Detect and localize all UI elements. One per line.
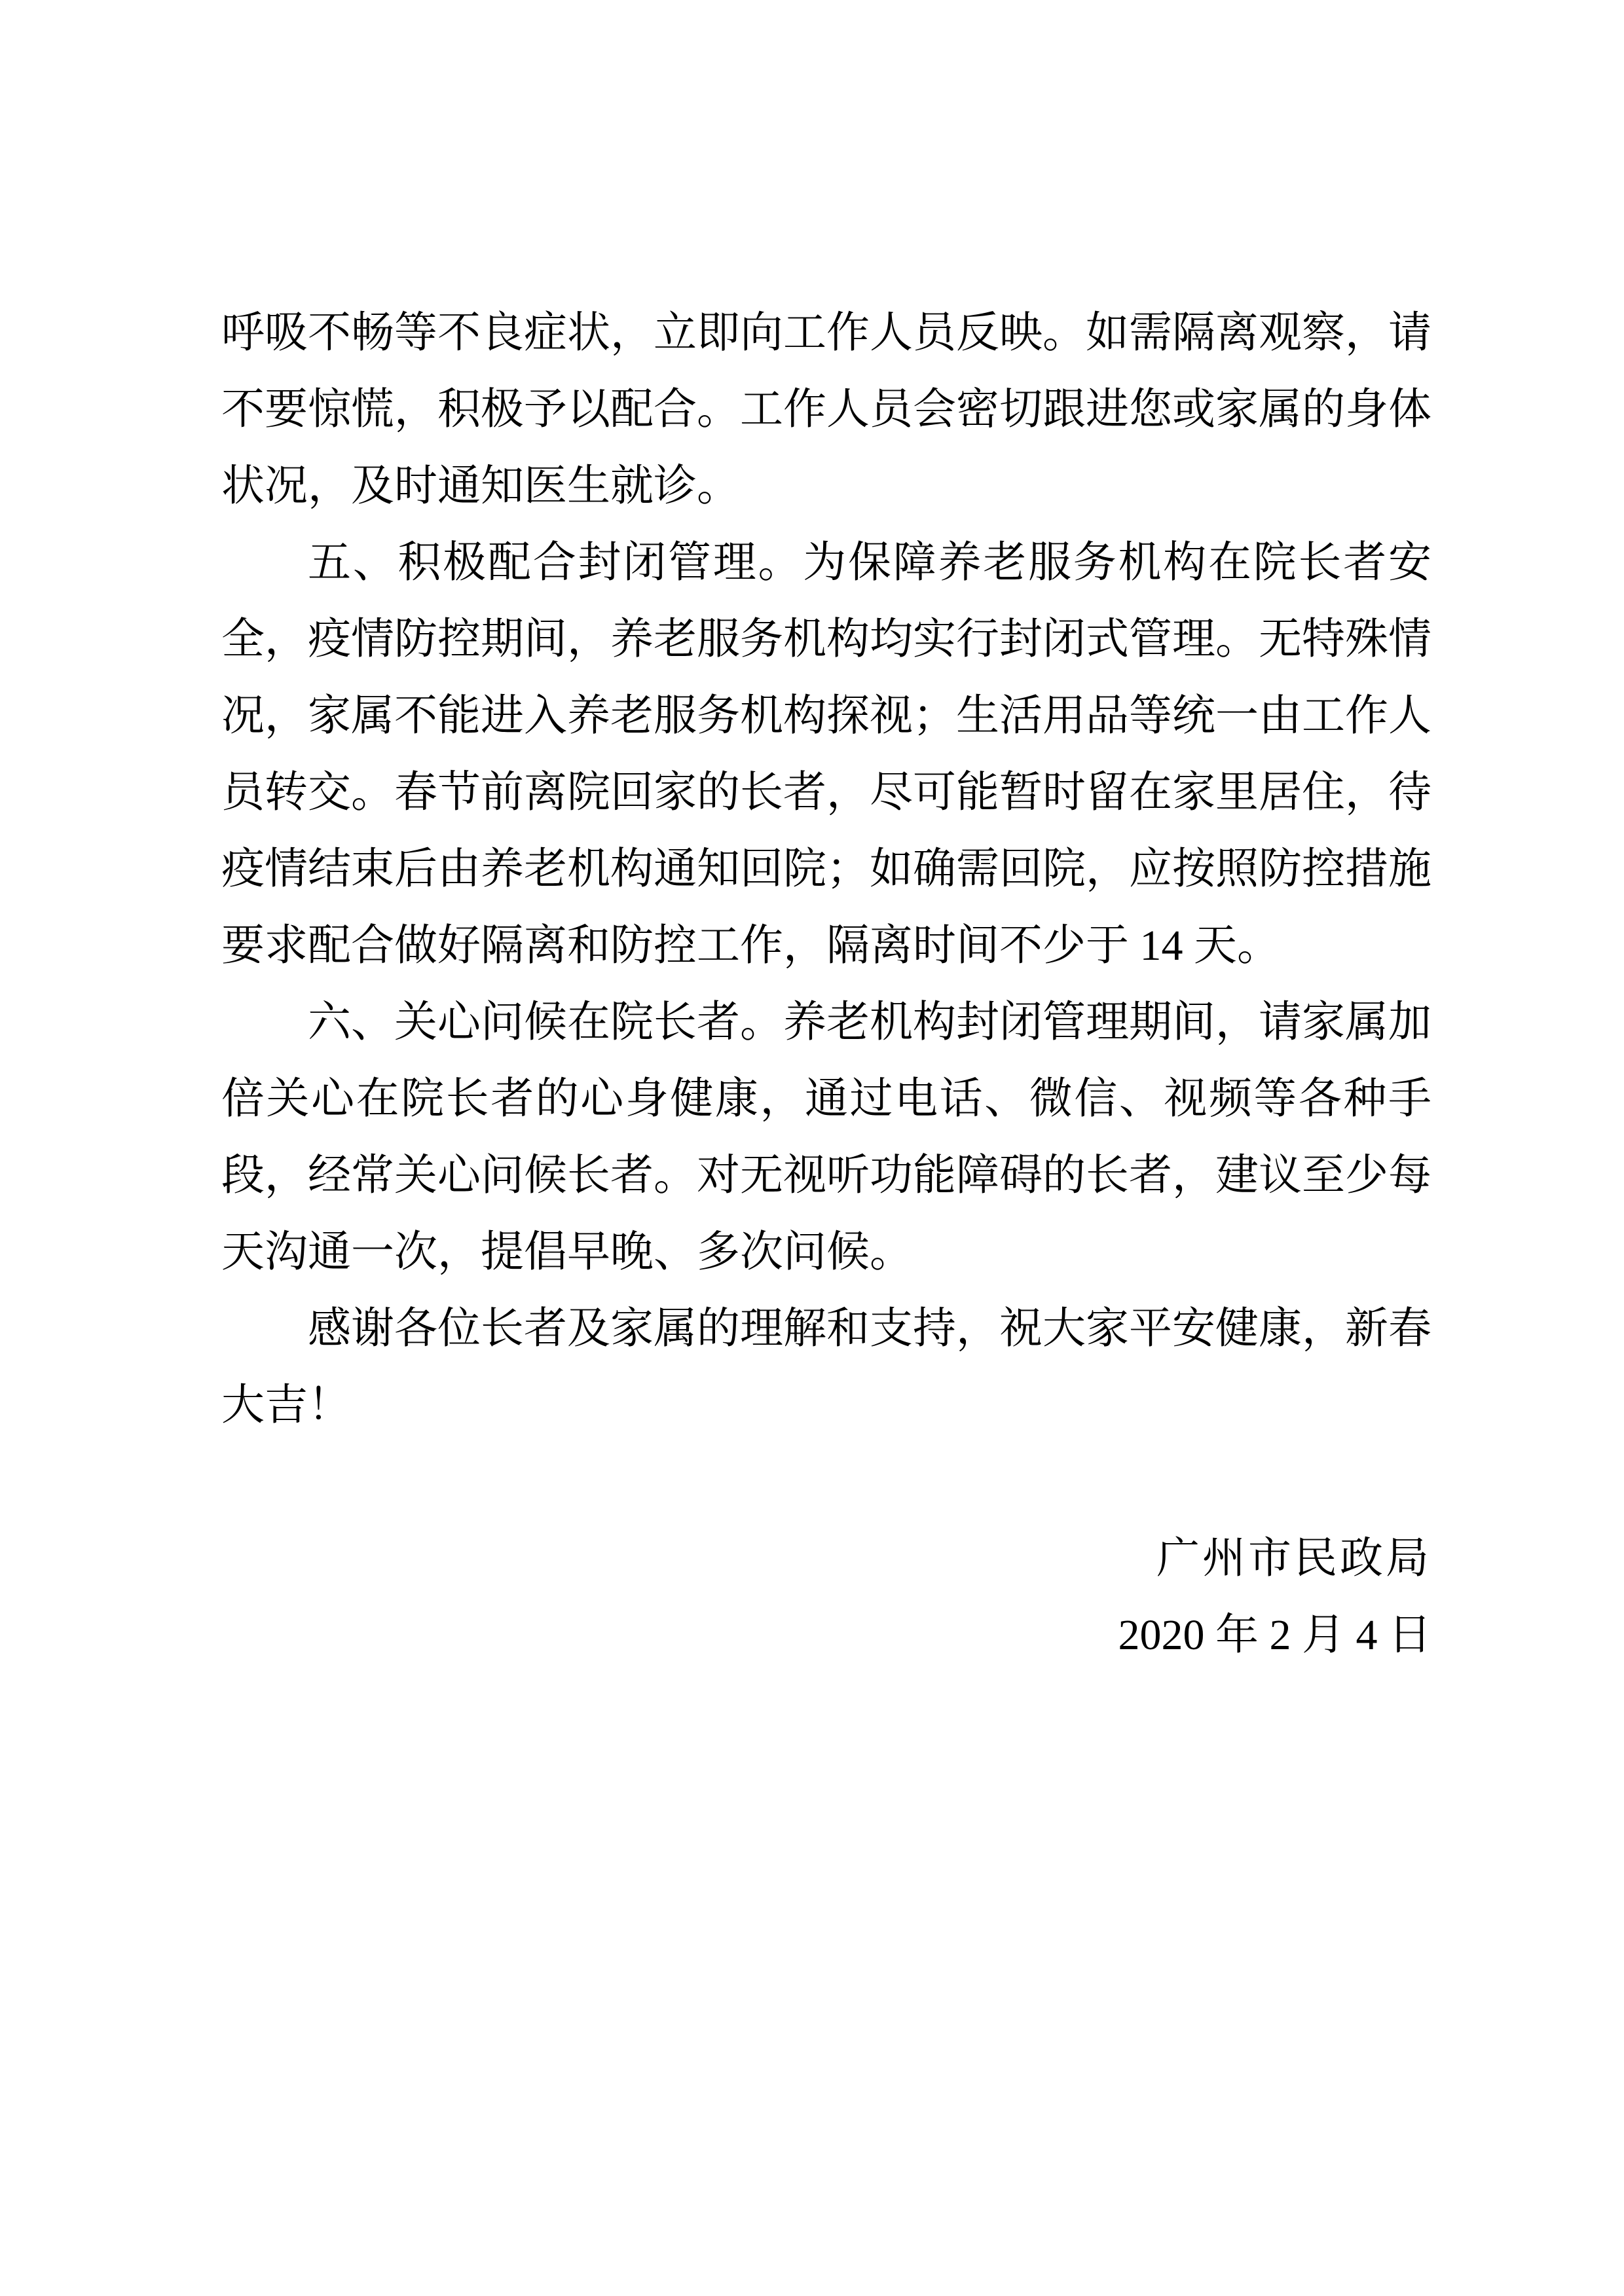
signature-date: 2020 年 2 月 4 日 xyxy=(221,1597,1431,1673)
signature-block: 广州市民政局 2020 年 2 月 4 日 xyxy=(221,1520,1431,1673)
body-paragraph-continuation: 呼吸不畅等不良症状，立即向工作人员反映。如需隔离观察，请不要惊慌，积极予以配合。… xyxy=(221,295,1431,524)
body-paragraph-item-5: 五、积极配合封闭管理。为保障养老服务机构在院长者安全，疫情防控期间，养老服务机构… xyxy=(221,524,1431,984)
signature-organization: 广州市民政局 xyxy=(221,1520,1431,1597)
document-page: 呼吸不畅等不良症状，立即向工作人员反映。如需隔离观察，请不要惊慌，积极予以配合。… xyxy=(0,0,1624,2296)
body-paragraph-closing: 感谢各位长者及家属的理解和支持，祝大家平安健康，新春大吉！ xyxy=(221,1290,1431,1444)
document-body: 呼吸不畅等不良症状，立即向工作人员反映。如需隔离观察，请不要惊慌，积极予以配合。… xyxy=(221,295,1431,1673)
body-paragraph-item-6: 六、关心问候在院长者。养老机构封闭管理期间，请家属加倍关心在院长者的心身健康，通… xyxy=(221,984,1431,1290)
